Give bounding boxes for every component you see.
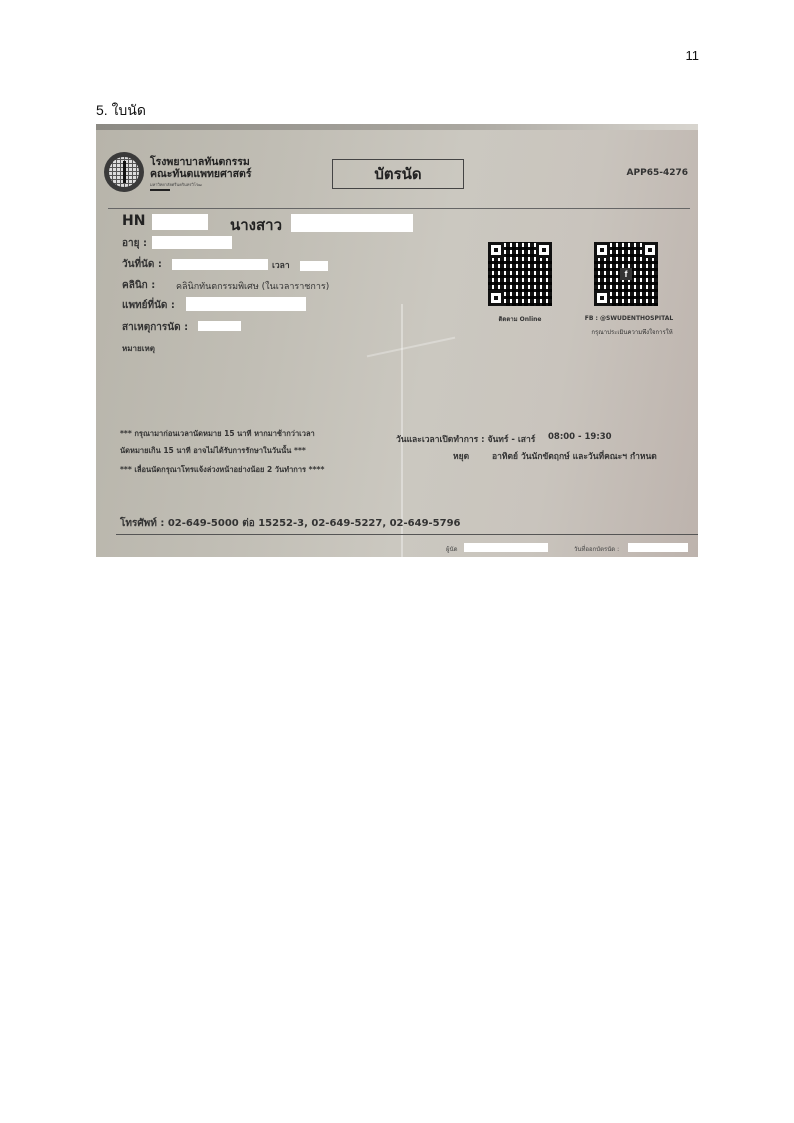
university-name: มหาวิทยาลัยศรีนครินทรวิโรฒ (150, 181, 202, 188)
opening-hours-label: วันและเวลาเปิดทำการ : จันทร์ - เสาร์ (396, 432, 535, 446)
hospital-name: โรงพยาบาลทันตกรรม คณะทันตแพทยศาสตร์ (150, 156, 252, 180)
facebook-qr-code-icon: f (594, 242, 658, 306)
redacted-issue-date (628, 543, 688, 552)
qr-code-icon (488, 242, 552, 306)
closed-label: หยุด (453, 449, 469, 463)
redacted-age (152, 236, 232, 249)
divider (116, 534, 698, 535)
appointment-code: APP65-4276 (627, 168, 688, 178)
redacted-reason (198, 321, 241, 331)
redacted-name (291, 214, 413, 232)
closed-days: อาทิตย์ วันนักขัตฤกษ์ และวันที่คณะฯ กำหน… (492, 449, 657, 463)
name-prefix: นางสาว (230, 213, 282, 237)
paper-fold (367, 337, 455, 358)
redacted-appointer (464, 543, 548, 552)
qr-sublabel-feedback: กรุณาประเมินความพึงใจการให้ (574, 327, 690, 337)
note-line: *** เลื่อนนัดกรุณาโทรแจ้งล่วงหน้าอย่างน้… (120, 464, 324, 476)
redacted-hn (152, 214, 208, 230)
time-label: เวลา (272, 258, 290, 272)
logo-underline (150, 189, 170, 191)
appointment-card-photo: โรงพยาบาลทันตกรรม คณะทันตแพทยศาสตร์ มหาว… (96, 124, 698, 557)
phone-numbers: โทรศัพท์ : 02-649-5000 ต่อ 15252-3, 02-6… (120, 516, 461, 531)
clinic-value: คลินิกทันตกรรมพิเศษ (ในเวลาราชการ) (176, 279, 329, 293)
note-line: *** กรุณามาก่อนเวลานัดหมาย 15 นาที หากมา… (120, 428, 315, 440)
appointer-label: ผู้นัด (446, 544, 458, 554)
redacted-doctor (186, 297, 306, 311)
age-label: อายุ : (122, 236, 147, 251)
qr-label-facebook: FB : @SWUDENTHOSPITAL (574, 315, 684, 322)
remark-label: หมายเหตุ (122, 342, 155, 355)
hospital-logo-icon (104, 152, 144, 192)
hn-label: HN (122, 213, 145, 229)
date-label: วันที่นัด : (122, 257, 162, 272)
card-title: บัตรนัด (332, 159, 464, 189)
opening-hours-time: 08:00 - 19:30 (548, 432, 612, 442)
divider (108, 208, 690, 209)
note-line: นัดหมายเกิน 15 นาที อาจไม่ได้รับการรักษา… (120, 445, 306, 457)
section-title: 5. ใบนัด (96, 100, 146, 122)
doctor-label: แพทย์ที่นัด : (122, 298, 175, 313)
issue-date-label: วันที่ออกบัตรนัด : (574, 544, 619, 554)
page-number: 11 (686, 48, 700, 63)
reason-label: สาเหตุการนัด : (122, 320, 188, 335)
qr-label-online: ติดตาม Online (478, 314, 562, 324)
redacted-date (172, 259, 268, 270)
redacted-time (300, 261, 328, 271)
facebook-icon: f (620, 268, 632, 280)
clinic-label: คลินิก : (122, 278, 155, 293)
